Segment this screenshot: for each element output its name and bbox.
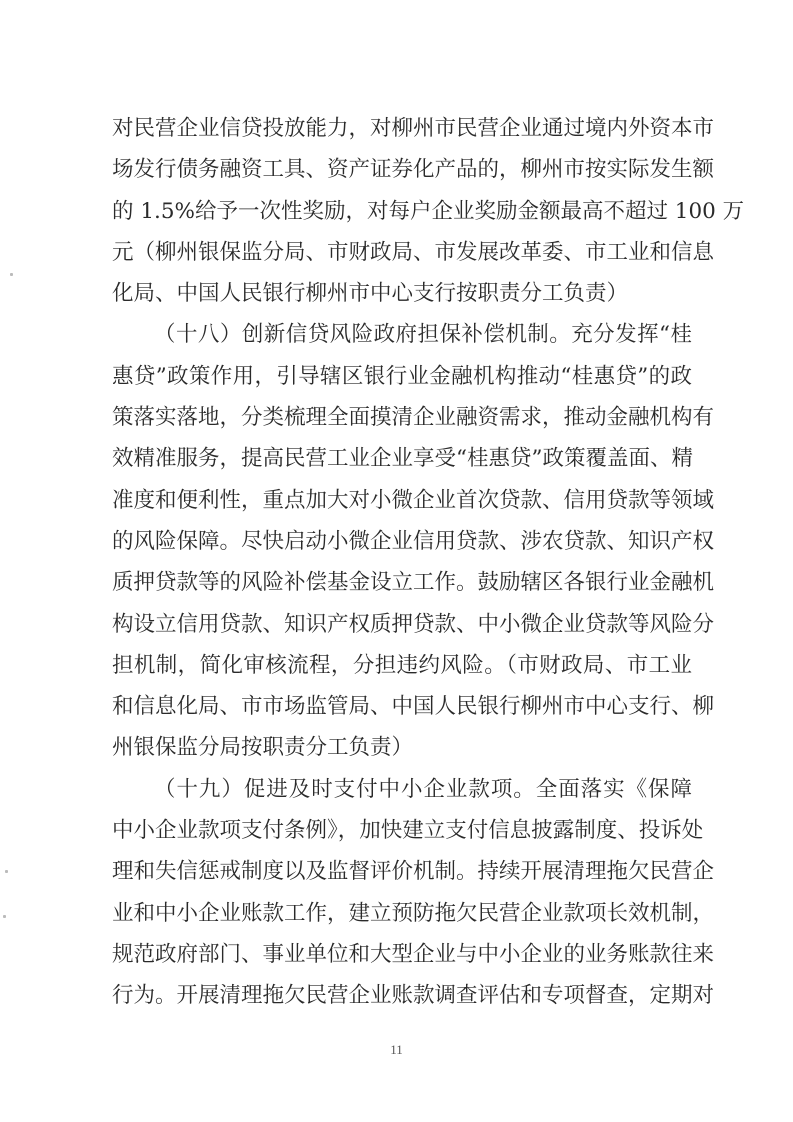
scan-margin-mark <box>3 915 6 918</box>
document-page: 对民营企业信贷投放能力，对柳州市民营企业通过境内外资本市 场发行债务融资工具、资… <box>0 0 793 1122</box>
text-line: 规范政府部门、事业单位和大型企业与中小企业的业务账款往来 <box>112 934 692 975</box>
text-line: 化局、中国人民银行柳州市中心支行按职责分工负责） <box>112 273 692 314</box>
text-line: 元（柳州银保监分局、市财政局、市发展改革委、市工业和信息 <box>112 232 692 273</box>
text-line: 策落实落地，分类梳理全面摸清企业融资需求，推动金融机构有 <box>112 397 692 438</box>
text-line: 对民营企业信贷投放能力，对柳州市民营企业通过境内外资本市 <box>112 108 692 149</box>
text-line: 惠贷”政策作用，引导辖区银行业金融机构推动“桂惠贷”的政 <box>112 356 692 397</box>
text-line: 的风险保障。尽快启动小微企业信用贷款、涉农贷款、知识产权 <box>112 521 692 562</box>
text-line: 担机制，简化审核流程，分担违约风险。（市财政局、市工业 <box>112 645 692 686</box>
text-line: 中小企业款项支付条例》，加快建立支付信息披露制度、投诉处 <box>112 810 692 851</box>
text-line: 和信息化局、市市场监管局、中国人民银行柳州市中心支行、柳 <box>112 686 692 727</box>
page-number: 11 <box>0 1042 793 1058</box>
text-line: 州银保监分局按职责分工负责） <box>112 727 692 768</box>
text-line: 效精准服务，提高民营工业企业享受“桂惠贷”政策覆盖面、精 <box>112 438 692 479</box>
text-line: 理和失信惩戒制度以及监督评价机制。持续开展清理拖欠民营企 <box>112 851 692 892</box>
text-line: 质押贷款等的风险补偿基金设立工作。鼓励辖区各银行业金融机 <box>112 562 692 603</box>
document-body: 对民营企业信贷投放能力，对柳州市民营企业通过境内外资本市 场发行债务融资工具、资… <box>112 108 692 1017</box>
text-line: 行为。开展清理拖欠民营企业账款调查评估和专项督查，定期对 <box>112 975 692 1016</box>
text-line: 业和中小企业账款工作，建立预防拖欠民营企业款项长效机制， <box>112 893 692 934</box>
text-line: 准度和便利性，重点加大对小微企业首次贷款、信用贷款等领域 <box>112 480 692 521</box>
text-line: 场发行债务融资工具、资产证券化产品的，柳州市按实际发生额 <box>112 149 692 190</box>
section-heading-line: （十八）创新信贷风险政府担保补偿机制。充分发挥“桂 <box>112 314 692 355</box>
text-line: 构设立信用贷款、知识产权质押贷款、中小微企业贷款等风险分 <box>112 604 692 645</box>
text-line: 的 1.5%给予一次性奖励，对每户企业奖励金额最高不超过 100 万 <box>112 191 692 232</box>
scan-margin-mark <box>5 870 8 873</box>
section-heading-line: （十九）促进及时支付中小企业款项。全面落实《保障 <box>112 769 692 810</box>
scan-margin-mark <box>10 273 13 276</box>
